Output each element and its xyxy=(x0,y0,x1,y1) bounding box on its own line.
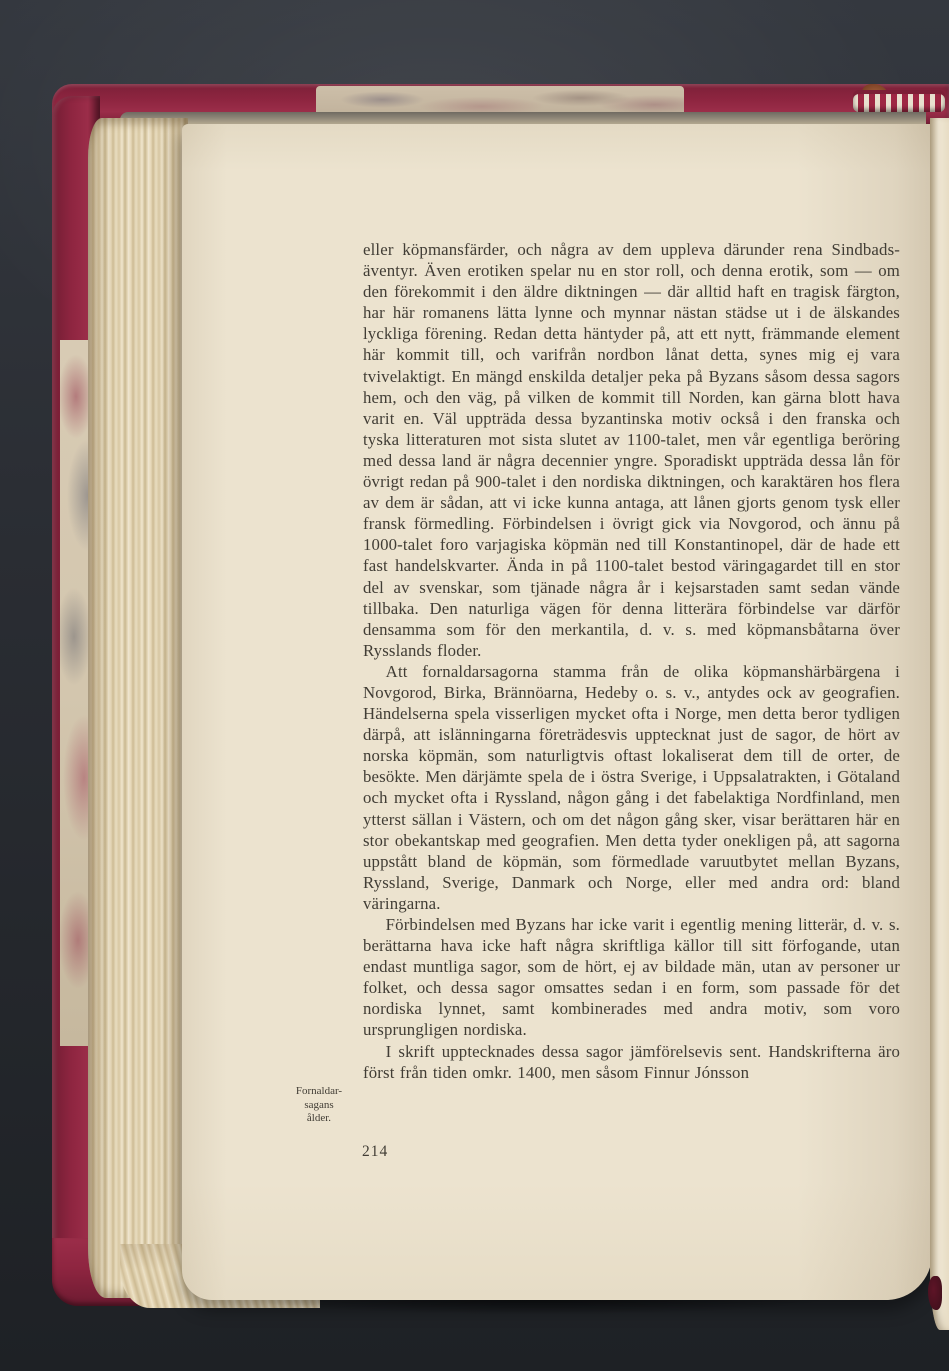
paragraph: eller köpmansfärder, och några av dem up… xyxy=(363,239,900,661)
paragraph: Förbindelsen med Byzans har icke varit i… xyxy=(363,914,900,1041)
paragraph: Att fornaldarsagorna stamma från de olik… xyxy=(363,661,900,914)
cover-corner-notch xyxy=(928,1276,942,1310)
page-number: 214 xyxy=(362,1143,388,1161)
headband xyxy=(853,94,945,112)
gutter-page-edge xyxy=(930,118,949,1330)
page-stack-fore-edge xyxy=(88,118,188,1298)
margin-note: Fornaldar- sagans ålder. xyxy=(286,1085,352,1126)
paragraph: I skrift upptecknades dessa sagor jämför… xyxy=(363,1041,900,1083)
page-text: eller köpmansfärder, och några av dem up… xyxy=(363,239,900,1141)
